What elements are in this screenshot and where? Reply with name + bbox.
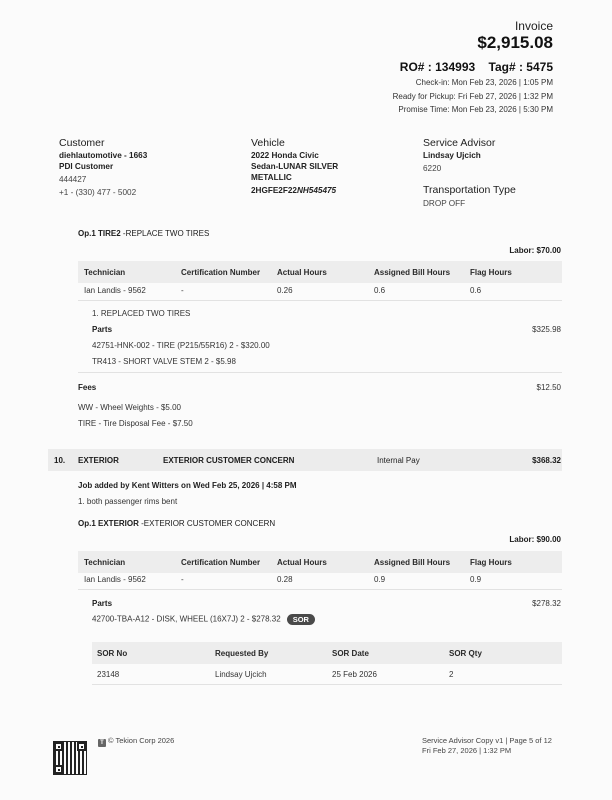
- op-desc: -EXTERIOR CUSTOMER CONCERN: [139, 519, 275, 528]
- col-sor-no: SOR No: [97, 649, 127, 658]
- page-info: Service Advisor Copy v1 | Page 5 of 12: [422, 736, 552, 746]
- parts-total: $278.32: [532, 599, 561, 608]
- cell-requested-by: Lindsay Ujcich: [215, 670, 267, 679]
- customer-name: diehlautomotive - 1663: [59, 150, 147, 161]
- part-line: TR413 - SHORT VALVE STEM 2 - $5.98: [92, 357, 236, 366]
- job-amount: $368.32: [532, 456, 561, 465]
- vehicle-trim: Sedan-LUNAR SILVER: [251, 161, 338, 172]
- cell-flag-hours: 0.6: [470, 286, 481, 295]
- job-number: 10.: [54, 456, 65, 465]
- advisor-id: 6220: [423, 163, 481, 174]
- col-actual-hours: Actual Hours: [277, 268, 327, 277]
- job-code: EXTERIOR: [78, 456, 119, 465]
- vin-suffix: NH545475: [297, 186, 336, 195]
- ro-tag-line: RO# : 134993 Tag# : 5475: [400, 60, 553, 74]
- advisor-heading: Service Advisor: [423, 137, 495, 149]
- cell-sor-qty: 2: [449, 670, 453, 679]
- parts-label: Parts: [92, 599, 112, 608]
- vehicle-heading: Vehicle: [251, 137, 285, 149]
- col-certification: Certification Number: [181, 558, 260, 567]
- vehicle-info: 2022 Honda Civic Sedan-LUNAR SILVER META…: [251, 150, 338, 196]
- transport-heading: Transportation Type: [423, 184, 516, 196]
- customer-concern: 1. both passenger rims bent: [78, 497, 177, 506]
- labor-total: Labor: $90.00: [509, 535, 561, 544]
- cell-actual-hours: 0.26: [277, 286, 293, 295]
- sor-badge: SOR: [287, 614, 315, 625]
- parts-total: $325.98: [532, 325, 561, 334]
- op-tire-title: Op.1 TIRE2 -REPLACE TWO TIRES: [78, 229, 209, 238]
- ro-number: RO# : 134993: [400, 60, 475, 74]
- col-certification: Certification Number: [181, 268, 260, 277]
- cell-bill-hours: 0.6: [374, 286, 385, 295]
- tekion-logo-icon: T: [98, 739, 106, 747]
- op-code: Op.1 EXTERIOR: [78, 519, 139, 528]
- cell-bill-hours: 0.9: [374, 575, 385, 584]
- qr-finder: [54, 742, 63, 751]
- advisor-name: Lindsay Ujcich: [423, 150, 481, 161]
- col-technician: Technician: [84, 268, 125, 277]
- op-exterior-title: Op.1 EXTERIOR -EXTERIOR CUSTOMER CONCERN: [78, 519, 275, 528]
- cell-certification: -: [181, 575, 184, 584]
- job-description: EXTERIOR CUSTOMER CONCERN: [163, 456, 294, 465]
- divider: [78, 372, 562, 373]
- col-technician: Technician: [84, 558, 125, 567]
- sor-table-header: [92, 642, 562, 664]
- col-flag-hours: Flag Hours: [470, 268, 512, 277]
- col-bill-hours: Assigned Bill Hours: [374, 558, 450, 567]
- ready-time: Ready for Pickup: Fri Feb 27, 2026 | 1:3…: [393, 92, 553, 101]
- fee-line: TIRE - Tire Disposal Fee - $7.50: [78, 419, 193, 428]
- vin-prefix: 2HGFE2F22: [251, 186, 297, 195]
- invoice-total: $2,915.08: [477, 33, 553, 53]
- vehicle-model: 2022 Honda Civic: [251, 150, 338, 161]
- copyright: T© Tekion Corp 2026: [98, 736, 174, 747]
- customer-info: diehlautomotive - 1663 PDI Customer 4444…: [59, 150, 147, 198]
- customer-id: 444427: [59, 174, 147, 185]
- vehicle-vin: 2HGFE2F22NH545475: [251, 185, 338, 196]
- copyright-text: © Tekion Corp 2026: [108, 736, 174, 745]
- customer-heading: Customer: [59, 137, 105, 149]
- op-desc: -REPLACE TWO TIRES: [121, 229, 210, 238]
- divider: [78, 300, 562, 301]
- vehicle-color: METALLIC: [251, 172, 338, 183]
- cell-certification: -: [181, 286, 184, 295]
- part-text: 42700-TBA-A12 - DISK, WHEEL (16X7J) 2 - …: [92, 615, 281, 624]
- cell-sor-date: 25 Feb 2026: [332, 670, 377, 679]
- divider: [78, 589, 562, 590]
- col-requested-by: Requested By: [215, 649, 268, 658]
- job-added-by: Job added by Kent Witters on Wed Feb 25,…: [78, 481, 297, 490]
- checkin-time: Check-in: Mon Feb 23, 2026 | 1:05 PM: [416, 78, 553, 87]
- qr-finder: [77, 742, 86, 751]
- fee-line: WW - Wheel Weights - $5.00: [78, 403, 181, 412]
- part-line: 42700-TBA-A12 - DISK, WHEEL (16X7J) 2 - …: [92, 614, 315, 625]
- job-header-bar: [48, 449, 562, 471]
- pay-type: Internal Pay: [377, 456, 420, 465]
- footer-info: Service Advisor Copy v1 | Page 5 of 12 F…: [422, 736, 552, 756]
- promise-time: Promise Time: Mon Feb 23, 2026 | 5:30 PM: [398, 105, 553, 114]
- fees-total: $12.50: [537, 383, 561, 392]
- qr-code: [53, 741, 87, 775]
- cell-technician: Ian Landis - 9562: [84, 575, 146, 584]
- cell-technician: Ian Landis - 9562: [84, 286, 146, 295]
- fees-label: Fees: [78, 383, 96, 392]
- col-bill-hours: Assigned Bill Hours: [374, 268, 450, 277]
- cell-actual-hours: 0.28: [277, 575, 293, 584]
- parts-label: Parts: [92, 325, 112, 334]
- invoice-title: Invoice: [515, 19, 553, 33]
- customer-phone: +1 - (330) 477 - 5002: [59, 187, 147, 198]
- tag-number: Tag# : 5475: [489, 60, 553, 74]
- customer-type: PDI Customer: [59, 161, 147, 172]
- printed-time: Fri Feb 27, 2026 | 1:32 PM: [422, 746, 552, 756]
- advisor-info: Lindsay Ujcich 6220: [423, 150, 481, 174]
- col-actual-hours: Actual Hours: [277, 558, 327, 567]
- col-sor-date: SOR Date: [332, 649, 369, 658]
- cell-sor-no: 23148: [97, 670, 119, 679]
- op-code: Op.1 TIRE2: [78, 229, 121, 238]
- labor-total: Labor: $70.00: [509, 246, 561, 255]
- qr-finder: [54, 765, 63, 774]
- col-sor-qty: SOR Qty: [449, 649, 482, 658]
- correction-note: 1. REPLACED TWO TIRES: [92, 309, 190, 318]
- part-line: 42751-HNK-002 - TIRE (P215/55R16) 2 - $3…: [92, 341, 270, 350]
- col-flag-hours: Flag Hours: [470, 558, 512, 567]
- cell-flag-hours: 0.9: [470, 575, 481, 584]
- divider: [92, 684, 562, 685]
- transport-value: DROP OFF: [423, 198, 465, 209]
